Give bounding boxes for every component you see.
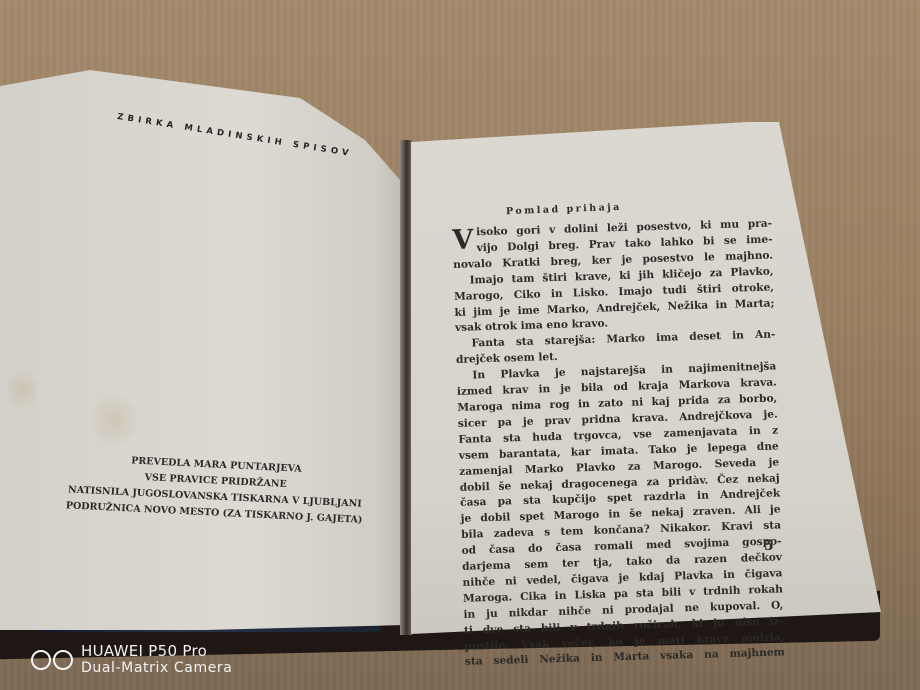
dual-lens-icon	[31, 650, 73, 670]
body-text: V isoko gori v dolini leži posestvo, ki …	[452, 217, 785, 672]
watermark-model: HUAWEI P50 Pro	[81, 643, 232, 660]
paper-stain	[92, 395, 137, 445]
book-gutter	[400, 140, 412, 635]
drop-cap: V	[452, 227, 474, 254]
watermark-subtitle: Dual-Matrix Camera	[81, 660, 232, 677]
camera-watermark: HUAWEI P50 Pro Dual-Matrix Camera	[31, 642, 232, 678]
paper-stain	[8, 370, 38, 410]
page-number: 5	[764, 538, 774, 554]
